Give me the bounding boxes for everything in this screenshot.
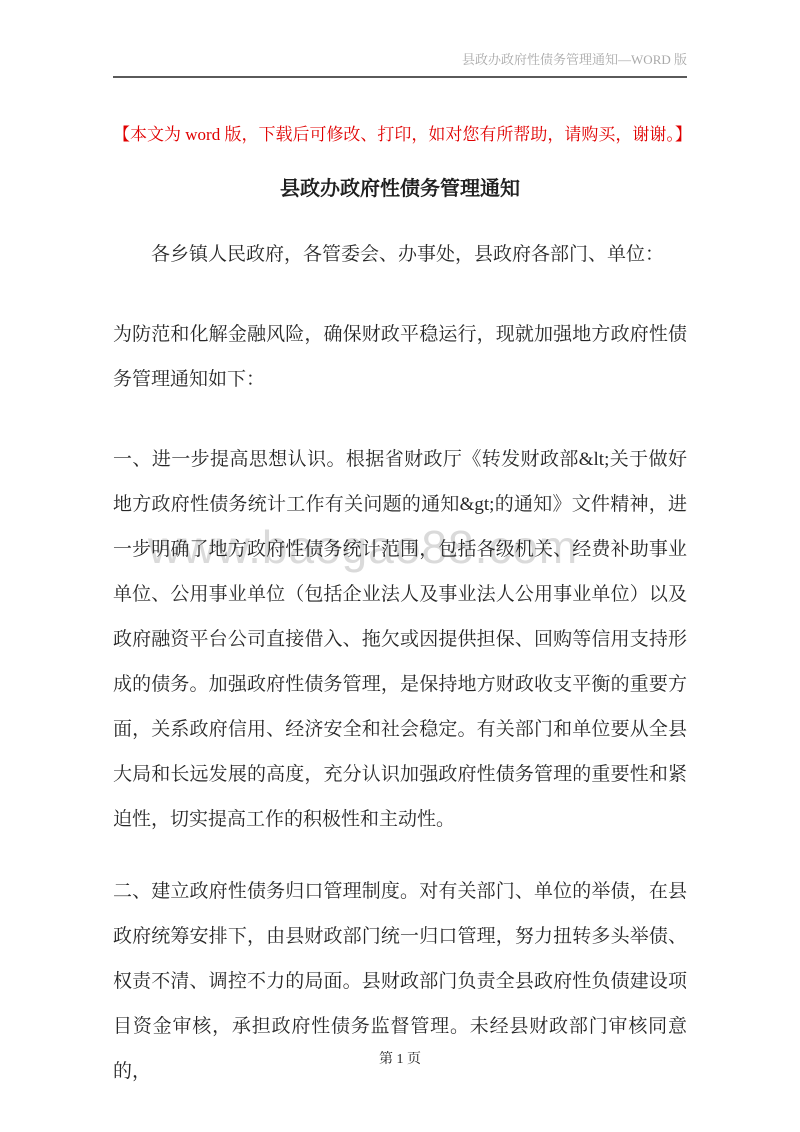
salutation: 各乡镇人民政府，各管委会、办事处，县政府各部门、单位： [113,232,687,277]
page-footer: 第 1 页 [0,1050,800,1070]
notice-text: 【本文为 word 版，下载后可修改、打印，如对您有所帮助，请购买，谢谢。】 [113,122,687,148]
paragraph: 一、进一步提高思想认识。根据省财政厅《转发财政部&lt;关于做好地方政府性债务统… [113,437,687,842]
document-body: 各乡镇人民政府，各管委会、办事处，县政府各部门、单位： 为防范和化解金融风险，确… [113,232,687,1094]
document-page: www.baogao88.com 县政办政府性债务管理通知—WORD 版 【本文… [0,0,800,1132]
page-content: 县政办政府性债务管理通知—WORD 版 【本文为 word 版，下载后可修改、打… [113,0,687,1094]
header-title: 县政办政府性债务管理通知—WORD 版 [113,52,687,76]
page-number: 第 1 页 [379,1052,421,1067]
paragraph: 为防范和化解金融风险，确保财政平稳运行，现就加强地方政府性债务管理通知如下： [113,312,687,402]
page-header: 县政办政府性债务管理通知—WORD 版 [113,0,687,78]
page-title: 县政办政府性债务管理通知 [113,174,687,204]
